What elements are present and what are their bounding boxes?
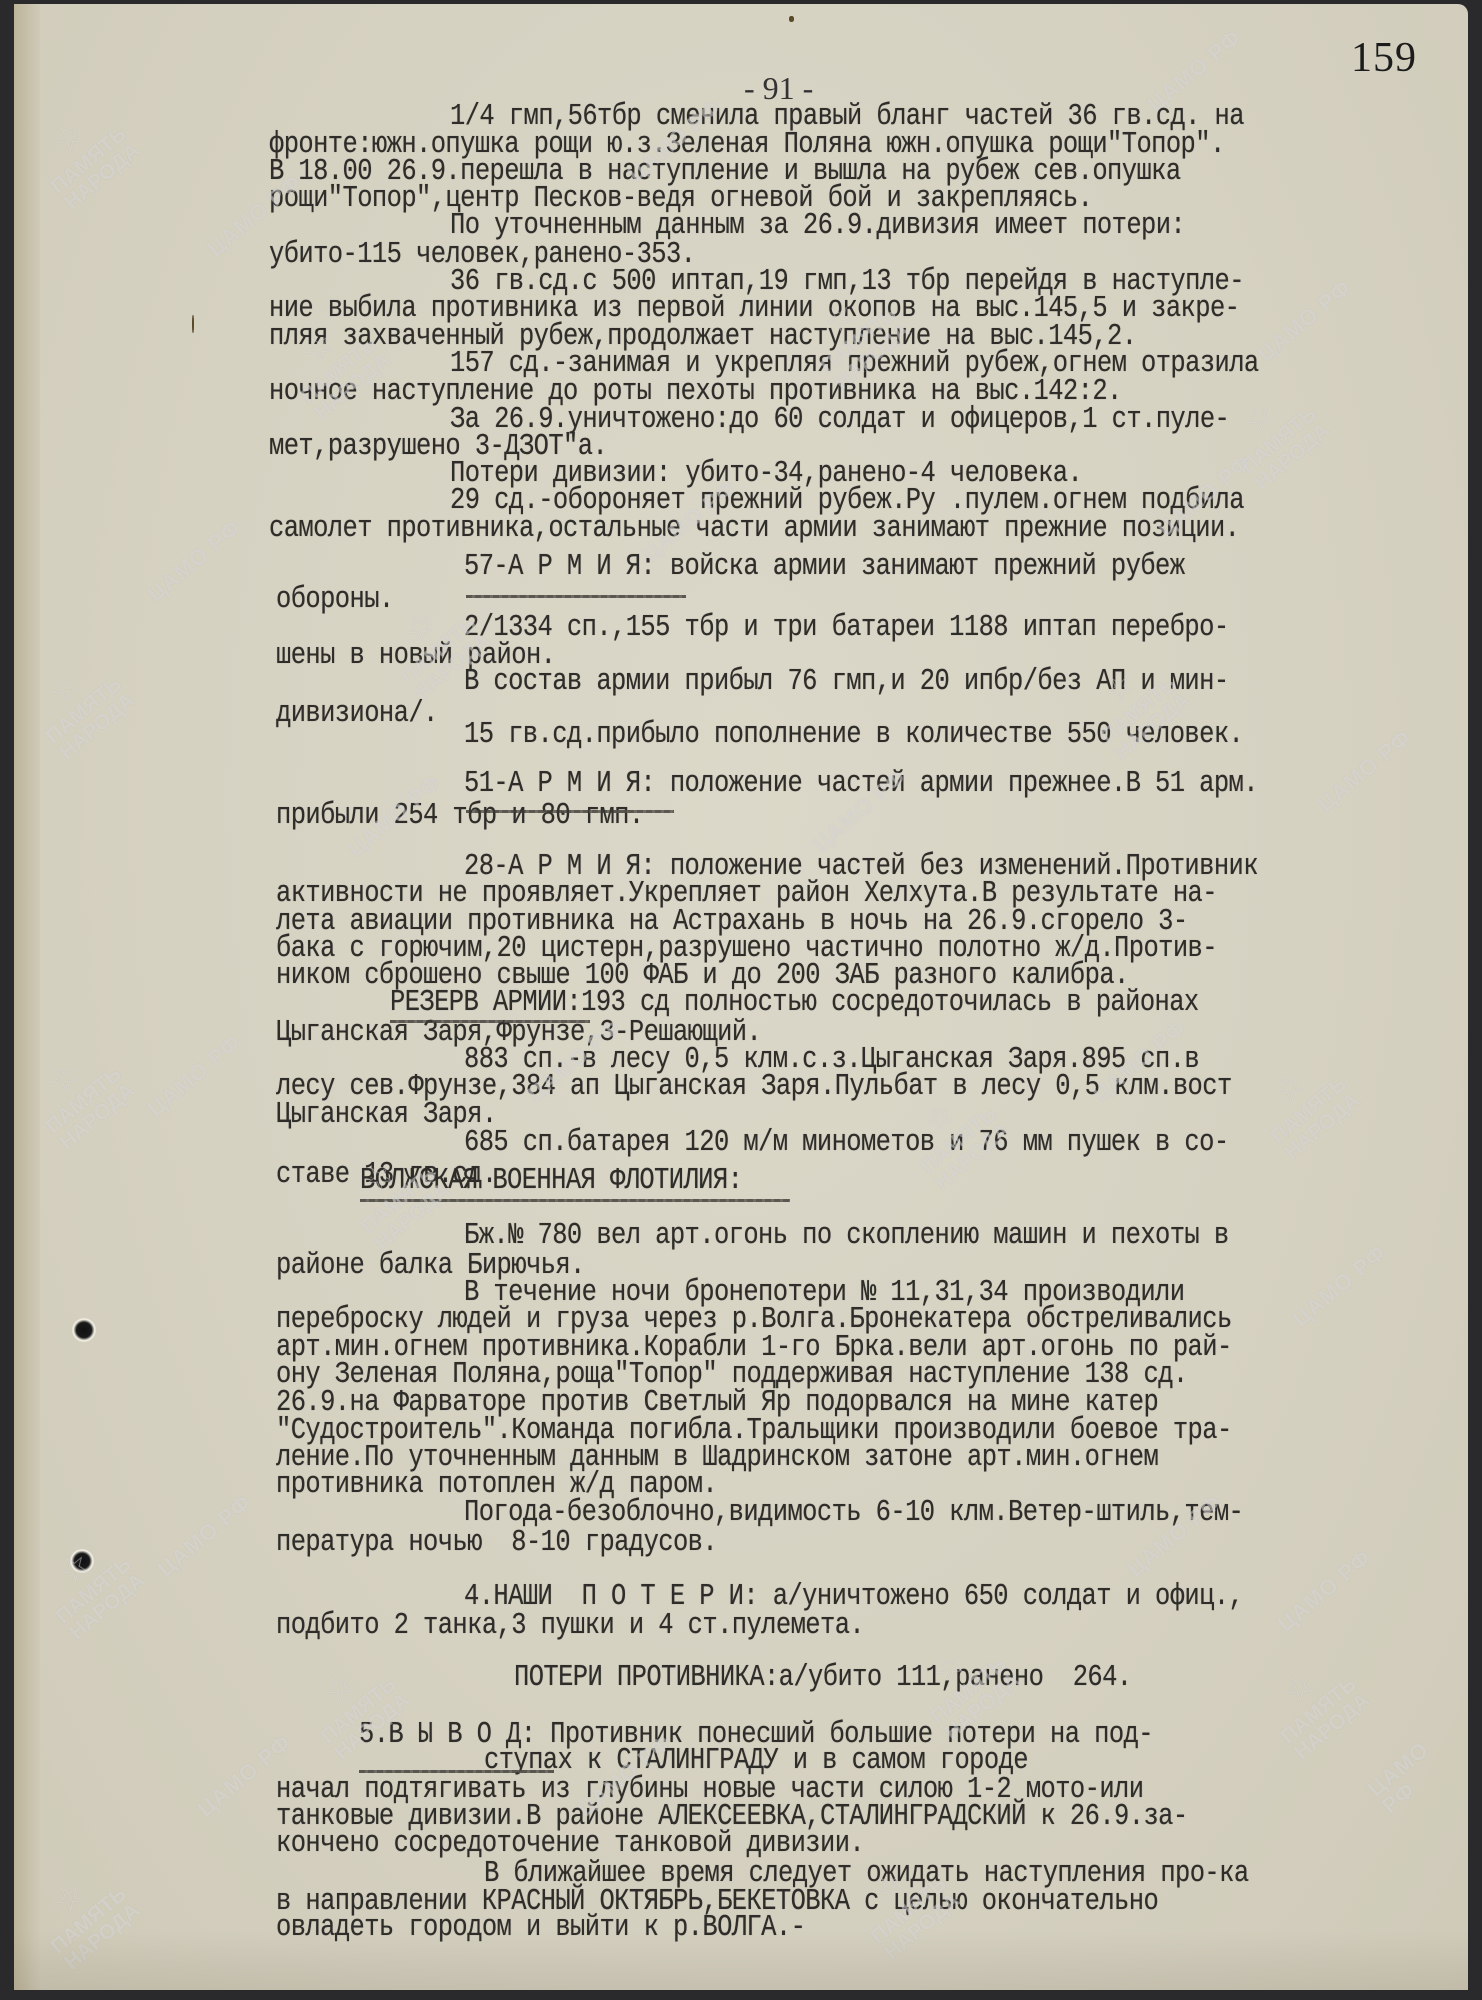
watermark-word: НАРОДА xyxy=(60,1899,144,1975)
text-line: 685 сп.батарея 120 м/м минометов и 76 мм… xyxy=(464,1125,1229,1159)
watermark-word: ПАМЯТЬ xyxy=(46,1882,130,1958)
star-icon: ☆ xyxy=(24,1856,115,1940)
project-watermark: ☆ПАМЯТЬНАРОДА xyxy=(19,1036,139,1154)
project-watermark: ☆ПАМЯТЬНАРОДА xyxy=(24,96,144,214)
binding-hole xyxy=(70,1549,94,1573)
text-line: 57-А Р М И Я: войска армии занимают преж… xyxy=(464,549,1184,583)
archive-watermark: ЦАМО РФ xyxy=(1254,276,1355,366)
star-icon: ☆ xyxy=(1244,1046,1335,1130)
archive-watermark: ЦАМО РФ xyxy=(1274,1546,1375,1636)
watermark-word: НАРОДА xyxy=(1290,1689,1374,1765)
archive-watermark: ЦАМО РФ xyxy=(154,1491,255,1581)
text-line: обороны. xyxy=(276,582,394,616)
archive-watermark: ЦАМО РФ xyxy=(144,1031,245,1121)
heading-underline-conclusion xyxy=(359,1770,554,1773)
paper-speck xyxy=(789,16,794,22)
watermark-word: НАРОДА xyxy=(60,139,144,215)
heading-underline-flotilla xyxy=(360,1199,790,1202)
archive-watermark: ЦАМО РФ xyxy=(1289,1241,1390,1331)
star-icon: ☆ xyxy=(1254,1646,1345,1730)
watermark-word: НАРОДА xyxy=(55,689,139,765)
watermark-word: ПАМЯТЬ xyxy=(1276,1672,1360,1748)
star-icon: ☆ xyxy=(19,646,110,730)
project-watermark: ☆ПАМЯТЬНАРОДА xyxy=(29,1526,149,1644)
archive-watermark: ЦАМО РФ xyxy=(1364,1717,1472,1818)
text-line: подбито 2 танка,3 пушки и 4 ст.пулемета. xyxy=(276,1608,864,1642)
watermark-word: НАРОДА xyxy=(1280,1089,1364,1165)
archive-watermark: ЦАМО РФ xyxy=(144,516,245,606)
project-watermark: ☆ПАМЯТЬНАРОДА xyxy=(24,1856,144,1974)
paper-speck xyxy=(192,315,194,333)
text-line: самолет противника,остальные части армии… xyxy=(269,511,1239,545)
project-watermark: ☆ПАМЯТЬНАРОДА xyxy=(19,646,139,764)
watermark-word: ПАМЯТЬ xyxy=(1266,1072,1350,1148)
text-line: 2/1334 сп.,155 тбр и три батареи 1188 ип… xyxy=(464,610,1229,644)
project-watermark: ☆ПАМЯТЬНАРОДА xyxy=(1214,376,1334,494)
watermark-word: ПАМЯТЬ xyxy=(41,672,125,748)
document-page: 159 - 91 - 1/4 гмп,56тбр сменила правый … xyxy=(14,4,1468,1990)
folio-number: 159 xyxy=(1351,34,1417,82)
star-icon: ☆ xyxy=(19,1036,110,1120)
watermark-word: НАРОДА xyxy=(55,1079,139,1155)
project-watermark: ☆ПАМЯТЬНАРОДА xyxy=(1244,1046,1364,1164)
text-line: прибыли 254 тбр и 80 гмп. xyxy=(276,798,644,832)
text-line: 51-А Р М И Я: положение частей армии пре… xyxy=(464,766,1258,800)
watermark-word: ПАМЯТЬ xyxy=(41,1062,125,1138)
text-line: 15 гв.сд.прибыло пополнение в количестве… xyxy=(464,717,1243,751)
heading-underline-57-army xyxy=(466,595,686,598)
watermark-word: ПАМЯТЬ xyxy=(1236,402,1320,478)
archive-watermark: ЦАМО РФ xyxy=(1314,726,1415,816)
text-line: В состав армии прибыл 76 гмп,и 20 ипбр/б… xyxy=(464,664,1229,698)
binding-hole xyxy=(72,1318,96,1342)
text-line: пература ночью 8-10 градусов. xyxy=(276,1525,717,1559)
watermark-word: НАРОДА xyxy=(65,1569,149,1645)
watermark-word: ПАМЯТЬ xyxy=(46,122,130,198)
watermark-word: НАРОДА xyxy=(1250,419,1334,495)
star-icon: ☆ xyxy=(24,96,115,180)
heading-underline-51-army xyxy=(466,810,674,813)
project-watermark: ☆ПАМЯТЬНАРОДА xyxy=(1254,1646,1374,1764)
text-line: ПОТЕРИ ПРОТИВНИКА:а/убито 111,ранено 264… xyxy=(514,1660,1132,1694)
text-line: дивизиона/. xyxy=(276,696,438,730)
text-line: ВОЛЖСКАЯ ВОЕННАЯ ФЛОТИЛИЯ: xyxy=(360,1163,742,1197)
text-line: овладеть городом и выйти к р.ВОЛГА.- xyxy=(276,1910,805,1944)
heading-underline-reserve xyxy=(390,1020,590,1023)
